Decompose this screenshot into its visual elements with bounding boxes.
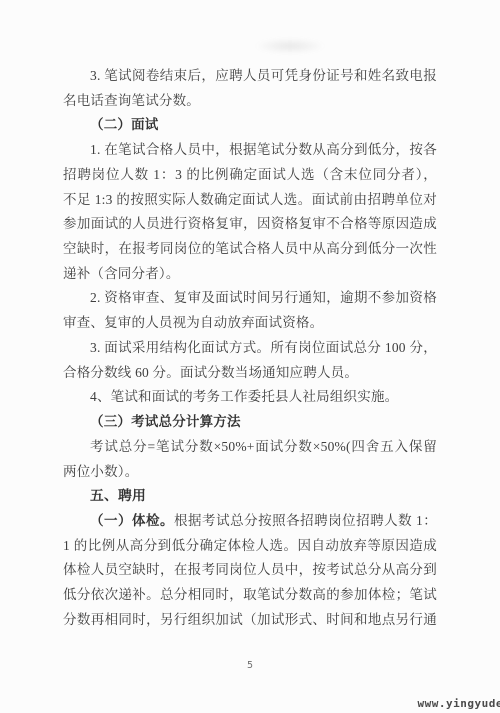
scan-smudge — [255, 38, 325, 54]
text-line: 不足 1:3 的按照实际人数确定面试人选。面试前由招聘单位对 — [63, 188, 437, 213]
text-line: 4、笔试和面试的考务工作委托县人社局组织实施。 — [63, 385, 437, 410]
text-line: 3. 面试采用结构化面试方式。所有岗位面试总分 100 分， — [63, 336, 437, 361]
watermark: www.yingyude — [418, 697, 500, 710]
text-line: 考试总分=笔试分数×50%+面试分数×50%(四舍五入保留 — [63, 435, 437, 460]
heading-lead: （一）体检。 — [90, 513, 174, 528]
text-line: 招聘岗位人数 1：3 的比例确定面试人选（含末位同分者）， — [63, 163, 437, 188]
text-line: 两位小数）。 — [63, 460, 437, 485]
text-line: 参加面试的人员进行资格复审，因资格复审不合格等原因造成 — [63, 212, 437, 237]
heading-line: 五、聘用 — [63, 484, 437, 509]
text-line: 1. 在笔试合格人员中，根据笔试分数从高分到低分，按各 — [63, 138, 437, 163]
heading-line: （三）考试总分计算方法 — [63, 410, 437, 435]
text-line: 低分依次递补。总分相同时，取笔试分数高的参加体检；笔试 — [63, 583, 437, 608]
text-line: （一）体检。根据考试总分按照各招聘岗位招聘人数 1： — [63, 509, 437, 534]
text-line: 合格分数线 60 分。面试分数当场通知应聘人员。 — [63, 361, 437, 386]
text-line: 名电话查询笔试分数。 — [63, 89, 437, 114]
text-line: 3. 笔试阅卷结束后，应聘人员可凭身份证号和姓名致电报 — [63, 64, 437, 89]
page-number: 5 — [0, 660, 500, 671]
text-line: 审查、复审的人员视为自动放弃面试资格。 — [63, 311, 437, 336]
document-page: 3. 笔试阅卷结束后，应聘人员可凭身份证号和姓名致电报名电话查询笔试分数。（二）… — [0, 0, 500, 713]
text-line: 递补（含同分者）。 — [63, 262, 437, 287]
text-line: 分数再相同时，另行组织加试（加试形式、时间和地点另行通 — [63, 608, 437, 633]
heading-line: （二）面试 — [63, 113, 437, 138]
document-body: 3. 笔试阅卷结束后，应聘人员可凭身份证号和姓名致电报名电话查询笔试分数。（二）… — [63, 64, 437, 633]
text-line: 1 的比例从高分到低分确定体检人选。因自动放弃等原因造成 — [63, 534, 437, 559]
text-line: 空缺时，在报考同岗位的笔试合格人员中从高分到低分一次性 — [63, 237, 437, 262]
text-line: 体检人员空缺时，在报考同岗位人员中，按考试总分从高分到 — [63, 558, 437, 583]
text-line: 2. 资格审查、复审及面试时间另行通知，逾期不参加资格 — [63, 286, 437, 311]
